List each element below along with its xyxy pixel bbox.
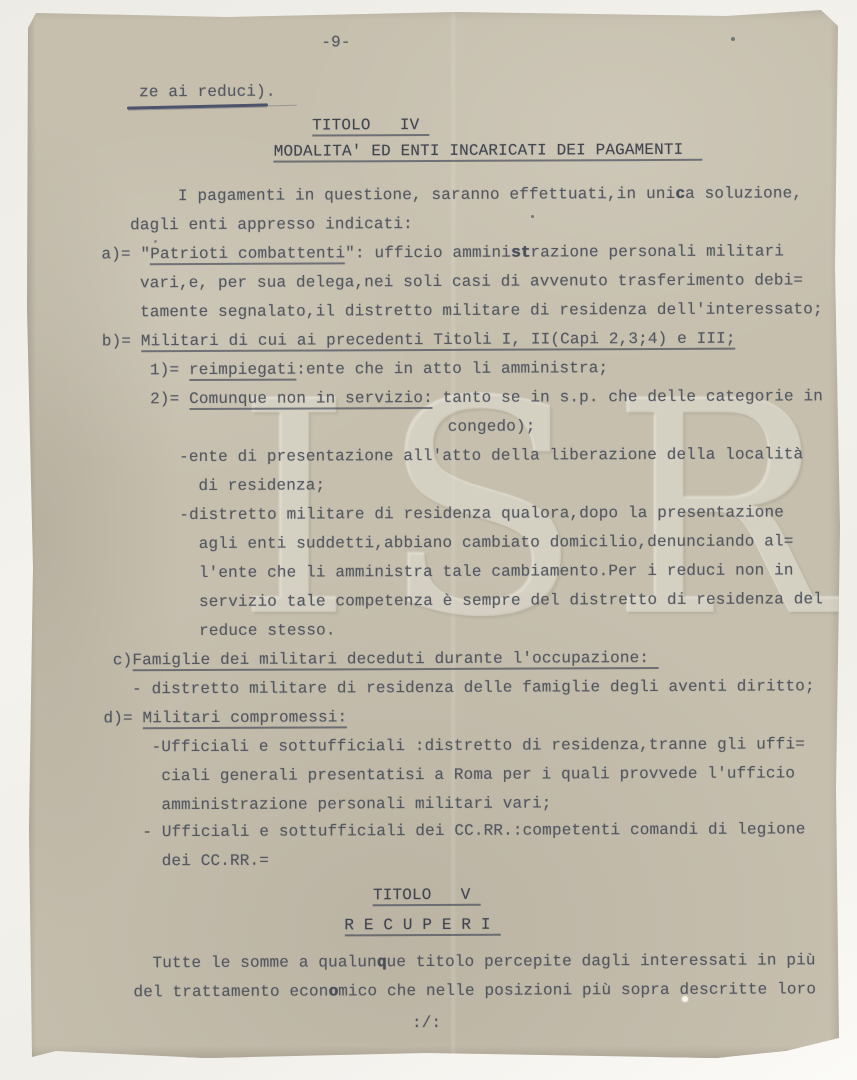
text-segment: d)= [103, 709, 142, 727]
text-segment: del trattamento econ [133, 982, 328, 1001]
document-line: c)Famiglie dei militari deceduti durante… [94, 649, 659, 669]
text-segment: dei CC.RR.= [162, 852, 269, 870]
document-line: dei CC.RR.= [94, 852, 269, 871]
text-segment: I pagamenti in questione, saranno effett… [178, 185, 675, 205]
text-segment: - Ufficiali e sottufficiali dei CC.RR.:c… [142, 820, 805, 841]
text-segment: st [511, 244, 531, 262]
text-segment: -9- [321, 33, 350, 51]
document-line: TITOLO IV [91, 116, 429, 135]
document-line: ze ai reduci). [91, 83, 276, 102]
underlined-text: TITOLO V [373, 886, 480, 906]
text-segment: -ente di presentazione all'atto della li… [179, 445, 803, 466]
text-segment: c) [113, 651, 133, 669]
document-line: a)= "Patrioti combattenti": ufficio ammi… [92, 242, 784, 263]
document-line: - distretto militare di residenza delle … [94, 677, 815, 698]
text-segment: a soluzione, [685, 184, 802, 203]
text-segment: amministrazione personali militari vari; [161, 794, 551, 814]
document-line: Tutte le somme a qualunque titolo percep… [95, 951, 816, 972]
text-segment: b)= [102, 332, 141, 350]
document-line: dagli enti appresso indicati: [92, 215, 413, 234]
text-segment: l'ente che li amministra tale cambiament… [199, 561, 794, 582]
document-line: tamente segnalato,il distretto militare … [92, 300, 823, 321]
scan-background: ISR -9-ze ai reduci).TITOLO IV MODALITA'… [0, 0, 857, 1080]
underlined-text: Militari di cui ai precedenti Titoli I, … [141, 330, 736, 353]
text-segment: a)= " [101, 245, 150, 263]
text-segment: o [328, 982, 338, 1000]
document-line: del trattamento economico che nelle posi… [95, 980, 816, 1001]
document-line: TITOLO V [95, 886, 481, 906]
document-text: -9-ze ai reduci).TITOLO IV MODALITA' ED … [0, 0, 857, 1080]
text-segment: congedo); [448, 418, 536, 436]
text-segment: agli enti suddetti,abbiano cambiato domi… [199, 532, 794, 553]
document-line: I pagamenti in questione, saranno effett… [92, 184, 803, 205]
document-line: l'ente che li amministra tale cambiament… [93, 561, 794, 582]
document-line: congedo); [93, 418, 536, 438]
underlined-text: TITOLO IV [312, 116, 429, 137]
document-line: 1)= reimpiegati:ente che in atto li ammi… [92, 359, 608, 379]
document-line: MODALITA' ED ENTI INCARICATI DEI PAGAMEN… [91, 141, 703, 162]
text-segment: :/: [412, 1014, 441, 1032]
text-segment: razione personali militari [530, 242, 784, 261]
underlined-text: R E C U P E R I [344, 916, 500, 937]
document-line: di residenza; [93, 476, 325, 495]
underlined-text: Militari compromessi: [142, 708, 347, 729]
text-segment: servizio tale competenza è sempre del di… [199, 590, 823, 611]
document-line: -ente di presentazione all'atto della li… [93, 445, 804, 466]
document-line: - Ufficiali e sottufficiali dei CC.RR.:c… [94, 820, 805, 841]
text-segment: tamente segnalato,il distretto militare … [140, 300, 823, 321]
text-segment: dagli enti appresso indicati: [130, 215, 413, 234]
document-line: agli enti suddetti,abbiano cambiato domi… [93, 532, 794, 553]
document-line: ciali generali presentatisi a Roma per i… [94, 764, 795, 785]
underlined-text: Famiglie dei militari deceduti durante l… [132, 649, 659, 671]
document-line: :/: [95, 1014, 441, 1034]
document-line: -distretto militare di residenza qualora… [93, 503, 784, 524]
text-segment: di residenza; [198, 476, 325, 495]
text-segment: ze ai reduci). [139, 83, 276, 102]
document-line: 2)= Comunque non in servizio: tanto se i… [92, 387, 823, 408]
text-segment: -distretto militare di residenza qualora… [179, 503, 784, 524]
text-segment: mico che nelle posizioni più sopra descr… [338, 980, 816, 1000]
text-segment: vari,e, per sua delega,nei soli casi di … [140, 271, 803, 292]
text-segment: - distretto militare di residenza delle … [132, 677, 815, 698]
document-line: -Ufficiali e sottufficiali :distretto di… [94, 735, 805, 756]
document-line: d)= Militari compromessi: [94, 708, 347, 727]
text-segment: 2)= [150, 390, 189, 408]
document-line: reduce stesso. [93, 621, 335, 640]
underlined-text: Comunque non in servizio: [189, 389, 433, 410]
document-line: amministrazione personali militari vari; [94, 794, 551, 814]
text-segment: ciali generali presentatisi a Roma per i… [161, 764, 795, 785]
document-line: b)= Militari di cui ai precedenti Titoli… [92, 330, 736, 351]
text-segment: ue titolo percepite dagli interessati in… [387, 951, 816, 971]
text-segment: ": ufficio ammini [345, 244, 511, 263]
underlined-text: reimpiegati [189, 361, 296, 381]
text-segment: Tutte le somme a qualun [152, 953, 376, 972]
text-segment: reduce stesso. [199, 621, 336, 640]
text-segment: tanto se in s.p. che delle categorie in [433, 387, 823, 407]
document-line: -9- [91, 33, 351, 52]
text-segment: :ente che in atto li amministra; [296, 359, 608, 378]
document-line: servizio tale competenza è sempre del di… [93, 590, 823, 611]
document-line: vari,e, per sua delega,nei soli casi di … [92, 271, 803, 292]
underlined-text: MODALITA' ED ENTI INCARICATI DEI PAGAMEN… [274, 141, 703, 163]
text-segment: -Ufficiali e sottufficiali :distretto di… [152, 735, 805, 756]
underlined-text: Patrioti combattenti [150, 244, 345, 265]
text-segment: 1)= [150, 361, 189, 379]
text-segment: q [377, 953, 387, 971]
text-segment: c [675, 185, 685, 203]
document-line: R E C U P E R I [95, 916, 501, 936]
